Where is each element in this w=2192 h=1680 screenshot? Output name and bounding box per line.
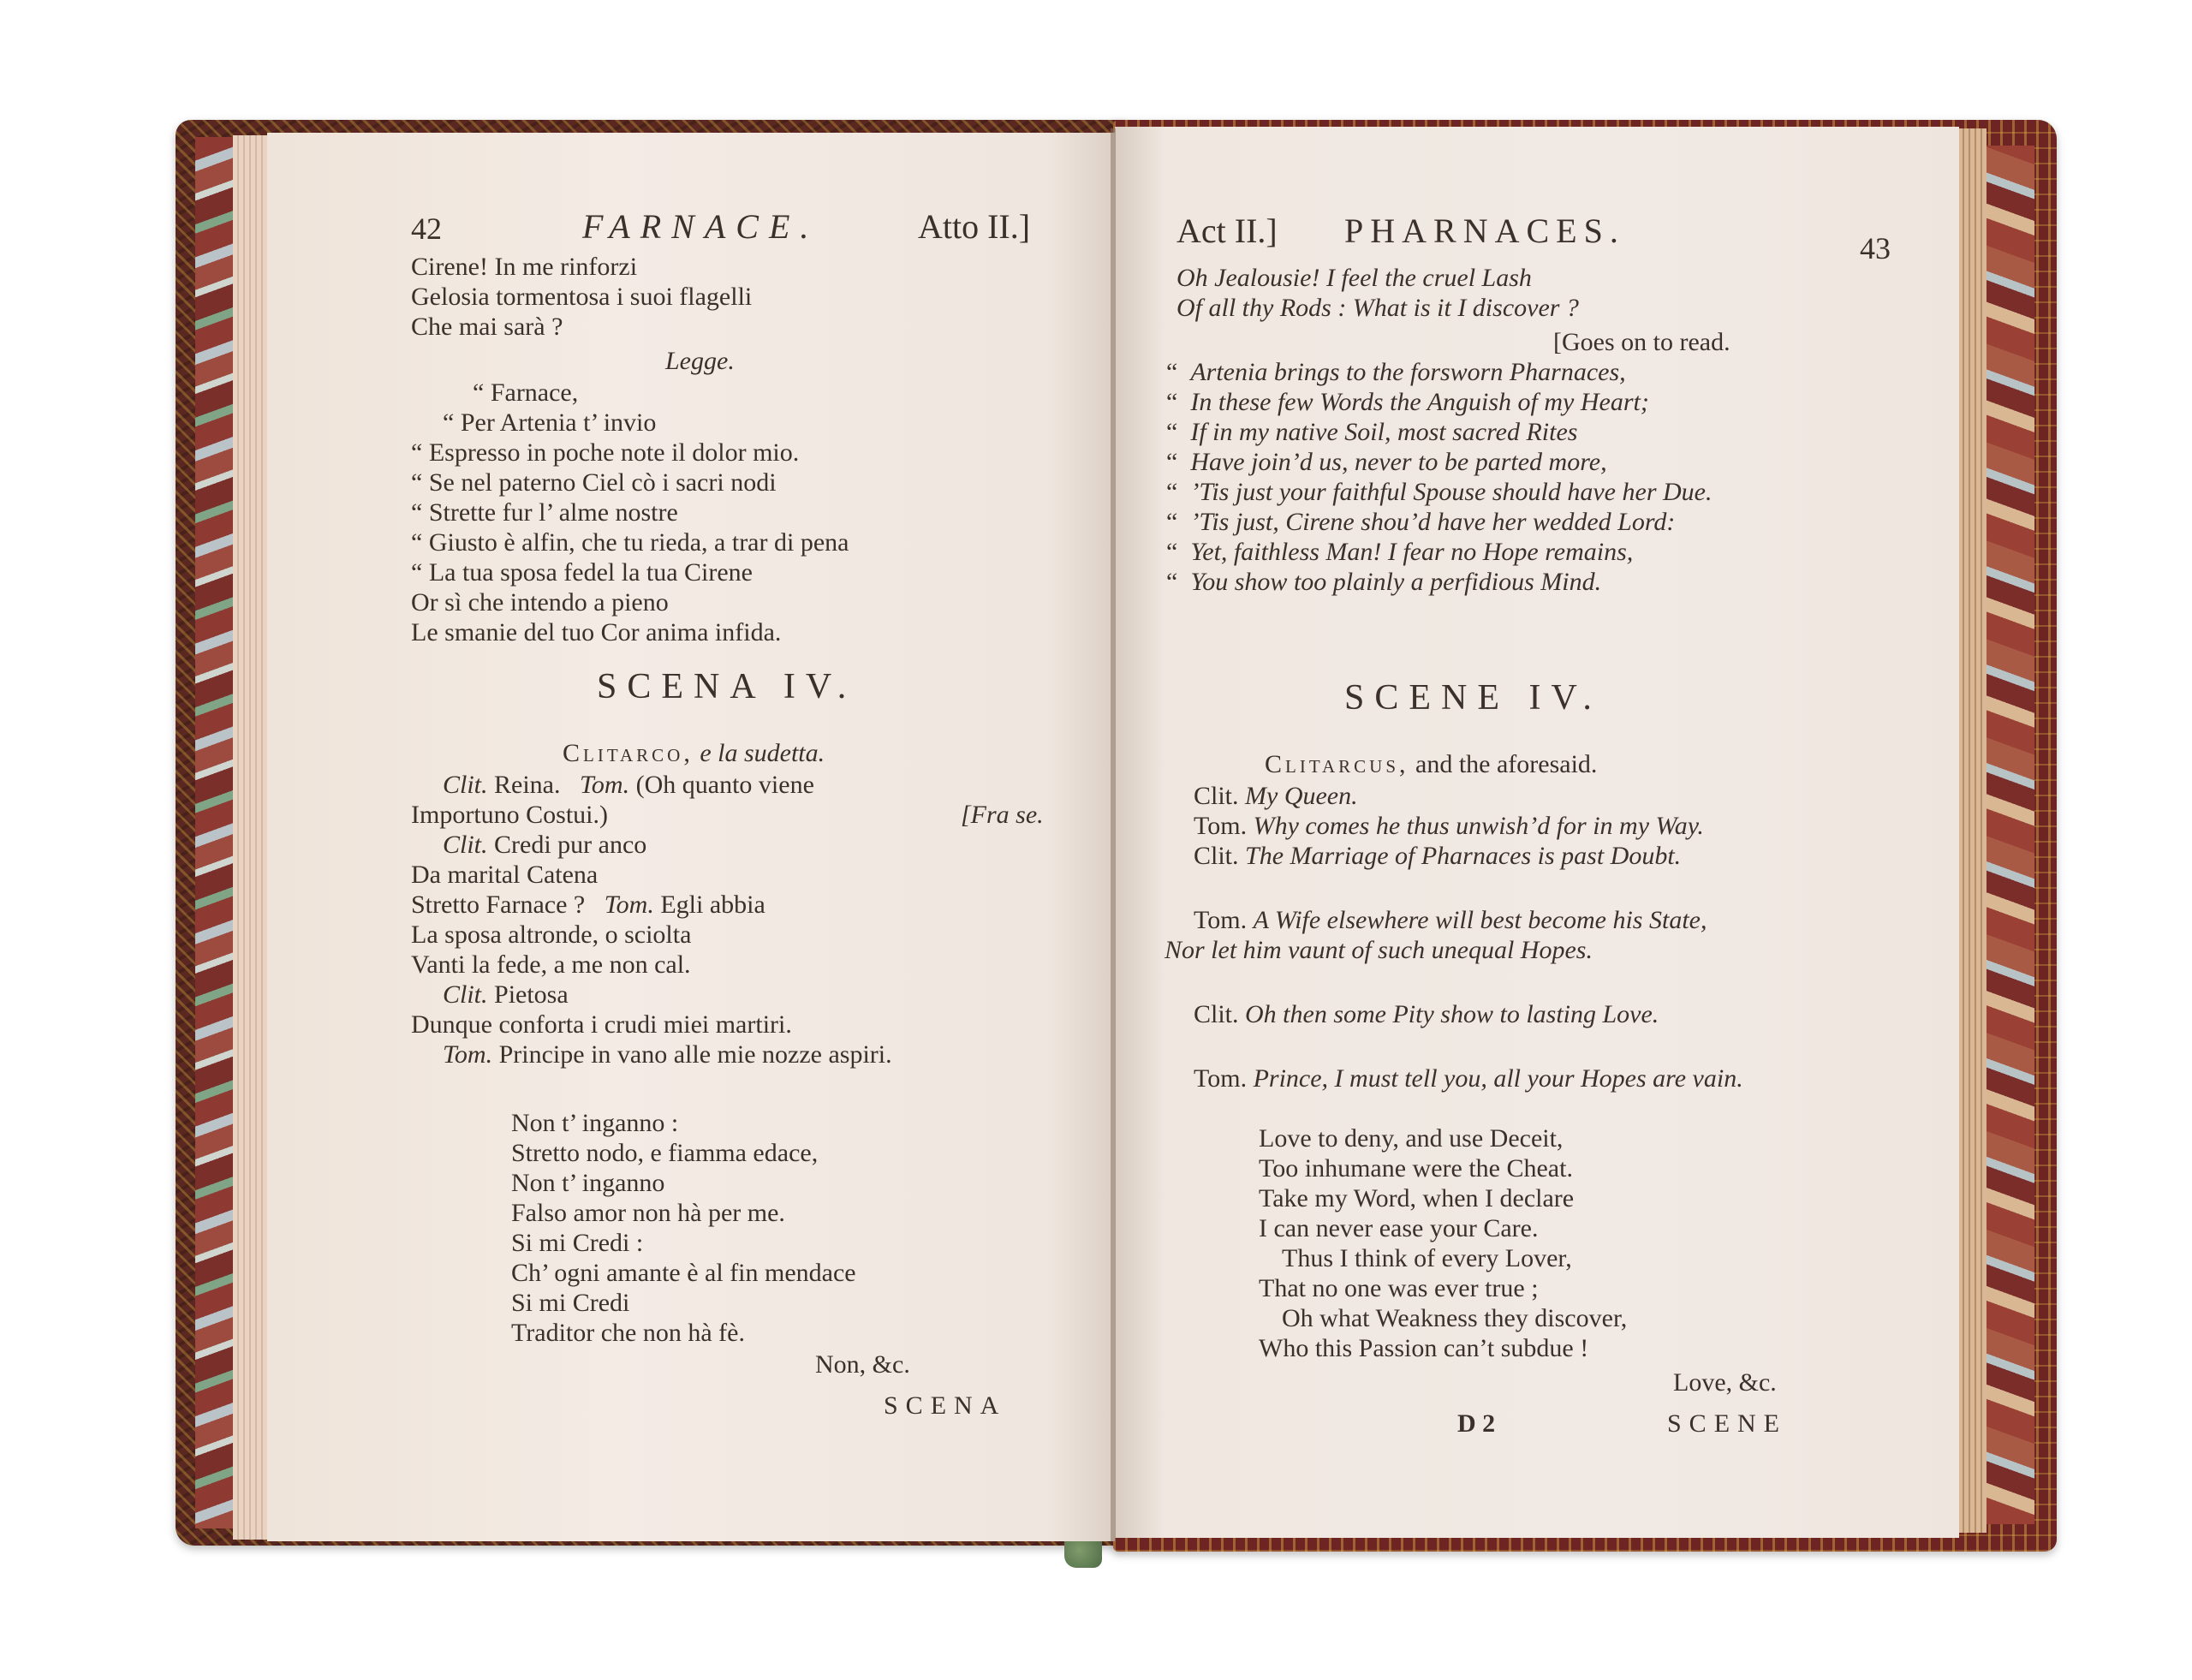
speech: Prince, I must tell you, all your Hopes … <box>1254 1064 1743 1093</box>
dialogue-line: Importuno Costui.) <box>411 801 608 830</box>
song-line: Thus I think of every Lover, <box>1282 1244 1572 1273</box>
catchword: SCENA <box>884 1391 1006 1421</box>
speech: Principe in vano alle mie nozze aspiri. <box>499 1040 892 1069</box>
dialogue-line: Clit. Reina. Tom. (Oh quanto viene <box>443 771 814 800</box>
letter-text: In these few Words the Anguish of my Hea… <box>1190 388 1649 416</box>
quote-mark: “ <box>1166 448 1177 476</box>
letter-line: “ Giusto è alfin, che tu rieda, a trar d… <box>411 528 849 557</box>
speaker: Clit. <box>443 831 488 859</box>
letter-line: “ You show too plainly a perfidious Mind… <box>1166 568 1601 597</box>
stage-direction: [Goes on to read. <box>1553 328 1730 357</box>
quote-mark: “ <box>1166 508 1177 536</box>
song-line: I can never ease your Care. <box>1259 1214 1538 1243</box>
speech: Pietosa <box>494 980 569 1009</box>
song-line: Love to deny, and use Deceit, <box>1259 1124 1563 1153</box>
running-title: PHARNACES. <box>1344 212 1625 250</box>
dialogue-line: Tom. Prince, I must tell you, all your H… <box>1194 1064 1743 1093</box>
verse-line: Gelosia tormentosa i suoi flagelli <box>411 283 752 312</box>
quote-mark: “ <box>1166 388 1177 416</box>
letter-line: “ Farnace, <box>473 378 578 408</box>
speaker: Tom. <box>1194 812 1247 840</box>
letter-line: “ ’Tis just, Cirene shou’d have her wedd… <box>1166 508 1675 537</box>
speaker: Tom. <box>605 891 654 919</box>
ribbon-bookmark <box>1064 1539 1102 1568</box>
speaker: Clit. <box>1194 1000 1239 1028</box>
page-number: 42 <box>411 210 442 247</box>
dialogue-line: La sposa altronde, o sciolta <box>411 920 691 950</box>
dialogue-line: Dunque conforta i crudi miei martiri. <box>411 1010 792 1040</box>
song-line: That no one was ever true ; <box>1259 1274 1539 1303</box>
speech: Egli abbia <box>660 891 765 919</box>
letter-text: Artenia brings to the forsworn Pharnaces… <box>1190 358 1625 386</box>
act-heading: Atto II.] <box>918 208 1030 246</box>
speech: Stretto Farnace ? <box>411 891 585 919</box>
right-page: Act II.] PHARNACES. 43 Oh Jealousie! I f… <box>1115 127 1959 1538</box>
cast-name: Clitarco, <box>563 739 694 767</box>
scene-title: SCENA IV. <box>597 672 856 701</box>
song-line: Too inhumane were the Cheat. <box>1259 1154 1573 1183</box>
speech: The Marriage of Pharnaces is past Doubt. <box>1245 842 1681 870</box>
speaker: Tom. <box>1194 1064 1247 1093</box>
page-block-edge-left <box>233 135 271 1540</box>
speaker: Tom. <box>1194 906 1247 934</box>
dialogue-line: Tom. Principe in vano alle mie nozze asp… <box>443 1040 892 1069</box>
dialogue-line: Clit. Oh then some Pity show to lasting … <box>1194 1000 1659 1029</box>
speaker: Clit. <box>443 980 488 1009</box>
letter-line: “ Espresso in poche note il dolor mio. <box>411 438 799 468</box>
verse-line: Le smanie del tuo Cor anima infida. <box>411 618 781 647</box>
da-capo: Non, &c. <box>815 1350 910 1379</box>
speech: Oh then some Pity show to lasting Love. <box>1245 1000 1659 1028</box>
speaker: Tom. <box>443 1040 492 1069</box>
speaker: Tom. <box>580 771 629 799</box>
quote-mark: “ <box>1166 568 1177 596</box>
aria-line: Non t’ inganno : <box>511 1109 678 1138</box>
cast-rest: and the aforesaid. <box>1415 750 1597 778</box>
letter-line: “ Have join’d us, never to be parted mor… <box>1166 448 1607 477</box>
letter-text: If in my native Soil, most sacred Rites <box>1190 418 1577 446</box>
running-title: FARNACE. <box>582 208 819 246</box>
speech: A Wife elsewhere will best become his St… <box>1254 906 1707 934</box>
page-number: 43 <box>1860 229 1891 267</box>
signature-mark: D 2 <box>1457 1409 1495 1439</box>
letter-text: Have join’d us, never to be parted more, <box>1190 448 1606 476</box>
letter-line: “ La tua sposa fedel la tua Cirene <box>411 558 753 587</box>
stage-direction-aside: [Fra se. <box>961 801 1044 830</box>
verse-line: Cirene! In me rinforzi <box>411 253 637 282</box>
speaker: Clit. <box>1194 782 1239 810</box>
dialogue-line: Tom. A Wife elsewhere will best become h… <box>1194 906 1707 935</box>
letter-line: “ In these few Words the Anguish of my H… <box>1166 388 1649 417</box>
cast-rest: e la sudetta. <box>700 739 825 767</box>
letter-text: ’Tis just, Cirene shou’d have her wedded… <box>1190 508 1675 536</box>
dialogue-line: Vanti la fede, a me non cal. <box>411 950 691 980</box>
verse-line: Oh Jealousie! I feel the cruel Lash <box>1176 264 1532 293</box>
scene-cast: Clitarco, e la sudetta. <box>563 739 825 768</box>
dialogue-line: Clit. Credi pur anco <box>443 831 646 860</box>
speaker: Clit. <box>443 771 488 799</box>
verse-line: Che mai sarà ? <box>411 313 563 342</box>
letter-line: “ If in my native Soil, most sacred Rite… <box>1166 418 1577 447</box>
quote-mark: “ <box>1166 418 1177 446</box>
song-line: Take my Word, when I declare <box>1259 1184 1574 1213</box>
dialogue-line: Clit. The Marriage of Pharnaces is past … <box>1194 842 1681 871</box>
stage-direction: Legge. <box>665 347 735 376</box>
letter-line: “ Per Artenia t’ invio <box>443 408 656 438</box>
song-line: Who this Passion can’t subdue ! <box>1259 1334 1588 1363</box>
letter-line: “ Yet, faithless Man! I fear no Hope rem… <box>1166 538 1633 567</box>
speech: Why comes he thus unwish’d for in my Way… <box>1254 812 1704 840</box>
dialogue-line: Clit. My Queen. <box>1194 782 1358 811</box>
dialogue-line: Clit. Pietosa <box>443 980 569 1010</box>
letter-line: “ Se nel paterno Ciel cò i sacri nodi <box>411 468 777 497</box>
speech: Credi pur anco <box>494 831 646 859</box>
aria-line: Si mi Credi <box>511 1289 629 1318</box>
catchword: SCENE <box>1667 1409 1787 1439</box>
left-page: 42 FARNACE. Atto II.] Cirene! In me rinf… <box>267 133 1115 1541</box>
aria-line: Stretto nodo, e fiamma edace, <box>511 1139 818 1168</box>
quote-mark: “ <box>1166 478 1177 506</box>
speaker: Clit. <box>1194 842 1239 870</box>
letter-line: “ ’Tis just your faithful Spouse should … <box>1166 478 1712 507</box>
letter-text: ’Tis just your faithful Spouse should ha… <box>1190 478 1712 506</box>
da-capo: Love, &c. <box>1673 1368 1777 1397</box>
verse-line: Of all thy Rods : What is it I discover … <box>1176 294 1579 323</box>
letter-line: “ Artenia brings to the forsworn Pharnac… <box>1166 358 1626 387</box>
dialogue-line: Tom. Why comes he thus unwish’d for in m… <box>1194 812 1704 841</box>
speech: Reina. <box>494 771 560 799</box>
scene-title: SCENE IV. <box>1344 683 1602 712</box>
dialogue-line: Nor let him vaunt of such unequal Hopes. <box>1164 936 1593 965</box>
aria-line: Si mi Credi : <box>511 1229 643 1258</box>
aria-line: Ch’ ogni amante è al fin mendace <box>511 1259 856 1288</box>
letter-text: You show too plainly a perfidious Mind. <box>1190 568 1601 596</box>
quote-mark: “ <box>1166 358 1177 386</box>
aria-line: Traditor che non hà fè. <box>511 1319 745 1348</box>
aria-line: Non t’ inganno <box>511 1169 664 1198</box>
letter-line: “ Strette fur l’ alme nostre <box>411 498 678 527</box>
song-line: Oh what Weakness they discover, <box>1282 1304 1627 1333</box>
dialogue-line: Stretto Farnace ? Tom. Egli abbia <box>411 891 765 920</box>
book-gutter <box>1111 128 1116 1541</box>
verse-line: Or sì che intendo a pieno <box>411 588 669 617</box>
aria-line: Falso amor non hà per me. <box>511 1199 785 1228</box>
act-heading: Act II.] <box>1176 212 1278 250</box>
marbled-endpaper-right <box>1985 146 2034 1524</box>
dialogue-line: Da marital Catena <box>411 861 598 890</box>
quote-mark: “ <box>1166 538 1177 566</box>
speech: (Oh quanto viene <box>636 771 814 799</box>
letter-text: Yet, faithless Man! I fear no Hope remai… <box>1190 538 1633 566</box>
scene-cast: Clitarcus, and the aforesaid. <box>1265 750 1597 779</box>
speech: My Queen. <box>1245 782 1358 810</box>
cast-name: Clitarcus, <box>1265 750 1409 778</box>
